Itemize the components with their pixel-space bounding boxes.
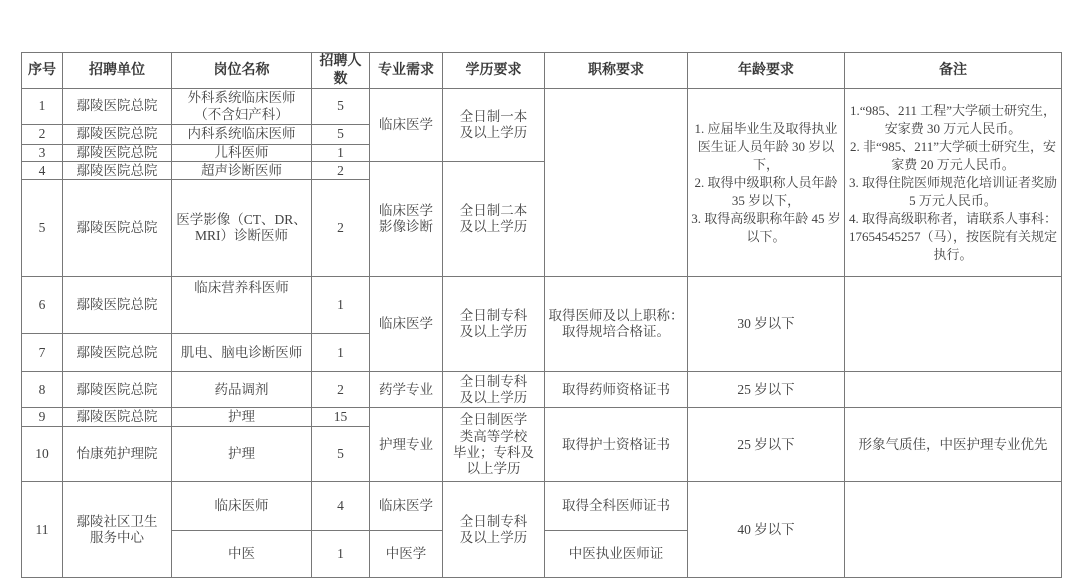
cell-education: 全日制专科 及以上学历 [443,277,545,372]
cell-unit: 鄢陵医院总院 [63,162,172,180]
recruitment-table: 序号 招聘单位 岗位名称 招聘人数 专业需求 学历要求 职称要求 年龄要求 备注… [21,52,1062,578]
cell-title-req: 取得全科医师证书 [545,482,688,531]
header-title-req: 职称要求 [545,53,688,89]
cell-unit: 怡康苑护理院 [63,427,172,482]
cell-position: 护理 [172,408,312,427]
header-count: 招聘人数 [312,53,370,89]
cell-unit: 鄢陵社区卫生 服务中心 [63,482,172,578]
cell-note [845,482,1062,578]
cell-unit: 鄢陵医院总院 [63,334,172,372]
cell-unit: 鄢陵医院总院 [63,180,172,277]
header-note: 备注 [845,53,1062,89]
cell-count: 5 [312,125,370,145]
cell-serial: 5 [22,180,63,277]
cell-position: 医学影像（CT、DR、 MRI）诊断医师 [172,180,312,277]
header-unit: 招聘单位 [63,53,172,89]
cell-unit: 鄢陵医院总院 [63,145,172,162]
cell-age-req: 1. 应届毕业生及取得执业医生证人员年龄 30 岁以下， 2. 取得中级职称人员… [688,89,845,277]
cell-count: 5 [312,427,370,482]
header-major: 专业需求 [370,53,443,89]
cell-age-req: 25 岁以下 [688,372,845,408]
table-row: 6 鄢陵医院总院 临床营养科医师 1 临床医学 全日制专科 及以上学历 取得医师… [22,277,1062,334]
cell-position: 儿科医师 [172,145,312,162]
cell-serial: 11 [22,482,63,578]
cell-position: 临床医师 [172,482,312,531]
cell-age-req: 25 岁以下 [688,408,845,482]
cell-education: 全日制一本 及以上学历 [443,89,545,162]
cell-title-req: 取得药师资格证书 [545,372,688,408]
table-row: 8 鄢陵医院总院 药品调剂 2 药学专业 全日制专科 及以上学历 取得药师资格证… [22,372,1062,408]
cell-note: 1.“985、211 工程”大学硕士研究生，安家费 30 万元人民币。 2. 非… [845,89,1062,277]
table-row: 1 鄢陵医院总院 外科系统临床医师 （不含妇产科） 5 临床医学 全日制一本 及… [22,89,1062,125]
cell-major: 护理专业 [370,408,443,482]
cell-major: 临床医学 [370,89,443,162]
cell-note [845,277,1062,372]
cell-position: 药品调剂 [172,372,312,408]
cell-position: 肌电、脑电诊断医师 [172,334,312,372]
cell-serial: 2 [22,125,63,145]
cell-position: 护理 [172,427,312,482]
cell-serial: 6 [22,277,63,334]
cell-major: 药学专业 [370,372,443,408]
cell-education: 全日制专科 及以上学历 [443,372,545,408]
cell-education: 全日制专科 及以上学历 [443,482,545,578]
cell-position: 临床营养科医师 [172,277,312,334]
cell-title-req: 中医执业医师证 [545,531,688,578]
cell-unit: 鄢陵医院总院 [63,408,172,427]
cell-title-req: 取得护士资格证书 [545,408,688,482]
cell-position: 超声诊断医师 [172,162,312,180]
cell-count: 5 [312,89,370,125]
cell-education: 全日制二本 及以上学历 [443,162,545,277]
cell-serial: 8 [22,372,63,408]
cell-serial: 4 [22,162,63,180]
cell-unit: 鄢陵医院总院 [63,125,172,145]
cell-position: 外科系统临床医师 （不含妇产科） [172,89,312,125]
cell-age-req: 30 岁以下 [688,277,845,372]
header-row: 序号 招聘单位 岗位名称 招聘人数 专业需求 学历要求 职称要求 年龄要求 备注 [22,53,1062,89]
cell-major: 临床医学 [370,482,443,531]
cell-major: 临床医学 影像诊断 [370,162,443,277]
cell-title-req [545,89,688,277]
header-age-req: 年龄要求 [688,53,845,89]
cell-education: 全日制医学 类高等学校 毕业；专科及 以上学历 [443,408,545,482]
cell-count: 1 [312,334,370,372]
cell-serial: 10 [22,427,63,482]
cell-count: 2 [312,180,370,277]
cell-unit: 鄢陵医院总院 [63,372,172,408]
recruitment-table-container: 序号 招聘单位 岗位名称 招聘人数 专业需求 学历要求 职称要求 年龄要求 备注… [21,52,1062,578]
cell-note: 形象气质佳，中医护理专业优先 [845,408,1062,482]
cell-age-req: 40 岁以下 [688,482,845,578]
cell-title-req: 取得医师及以上职称： 取得规培合格证。 [545,277,688,372]
cell-note [845,372,1062,408]
cell-count: 2 [312,372,370,408]
cell-count: 4 [312,482,370,531]
cell-serial: 1 [22,89,63,125]
header-education: 学历要求 [443,53,545,89]
cell-major: 临床医学 [370,277,443,372]
cell-count: 1 [312,145,370,162]
header-position: 岗位名称 [172,53,312,89]
cell-position: 内科系统临床医师 [172,125,312,145]
cell-count: 2 [312,162,370,180]
cell-serial: 7 [22,334,63,372]
cell-count: 1 [312,277,370,334]
header-serial: 序号 [22,53,63,89]
cell-unit: 鄢陵医院总院 [63,277,172,334]
cell-major: 中医学 [370,531,443,578]
cell-position: 中医 [172,531,312,578]
cell-unit: 鄢陵医院总院 [63,89,172,125]
table-row: 11 鄢陵社区卫生 服务中心 临床医师 4 临床医学 全日制专科 及以上学历 取… [22,482,1062,531]
table-row: 9 鄢陵医院总院 护理 15 护理专业 全日制医学 类高等学校 毕业；专科及 以… [22,408,1062,427]
cell-serial: 9 [22,408,63,427]
cell-serial: 3 [22,145,63,162]
cell-count: 1 [312,531,370,578]
page: { "table": { "header": { "no": "序号", "un… [0,0,1080,586]
cell-count: 15 [312,408,370,427]
